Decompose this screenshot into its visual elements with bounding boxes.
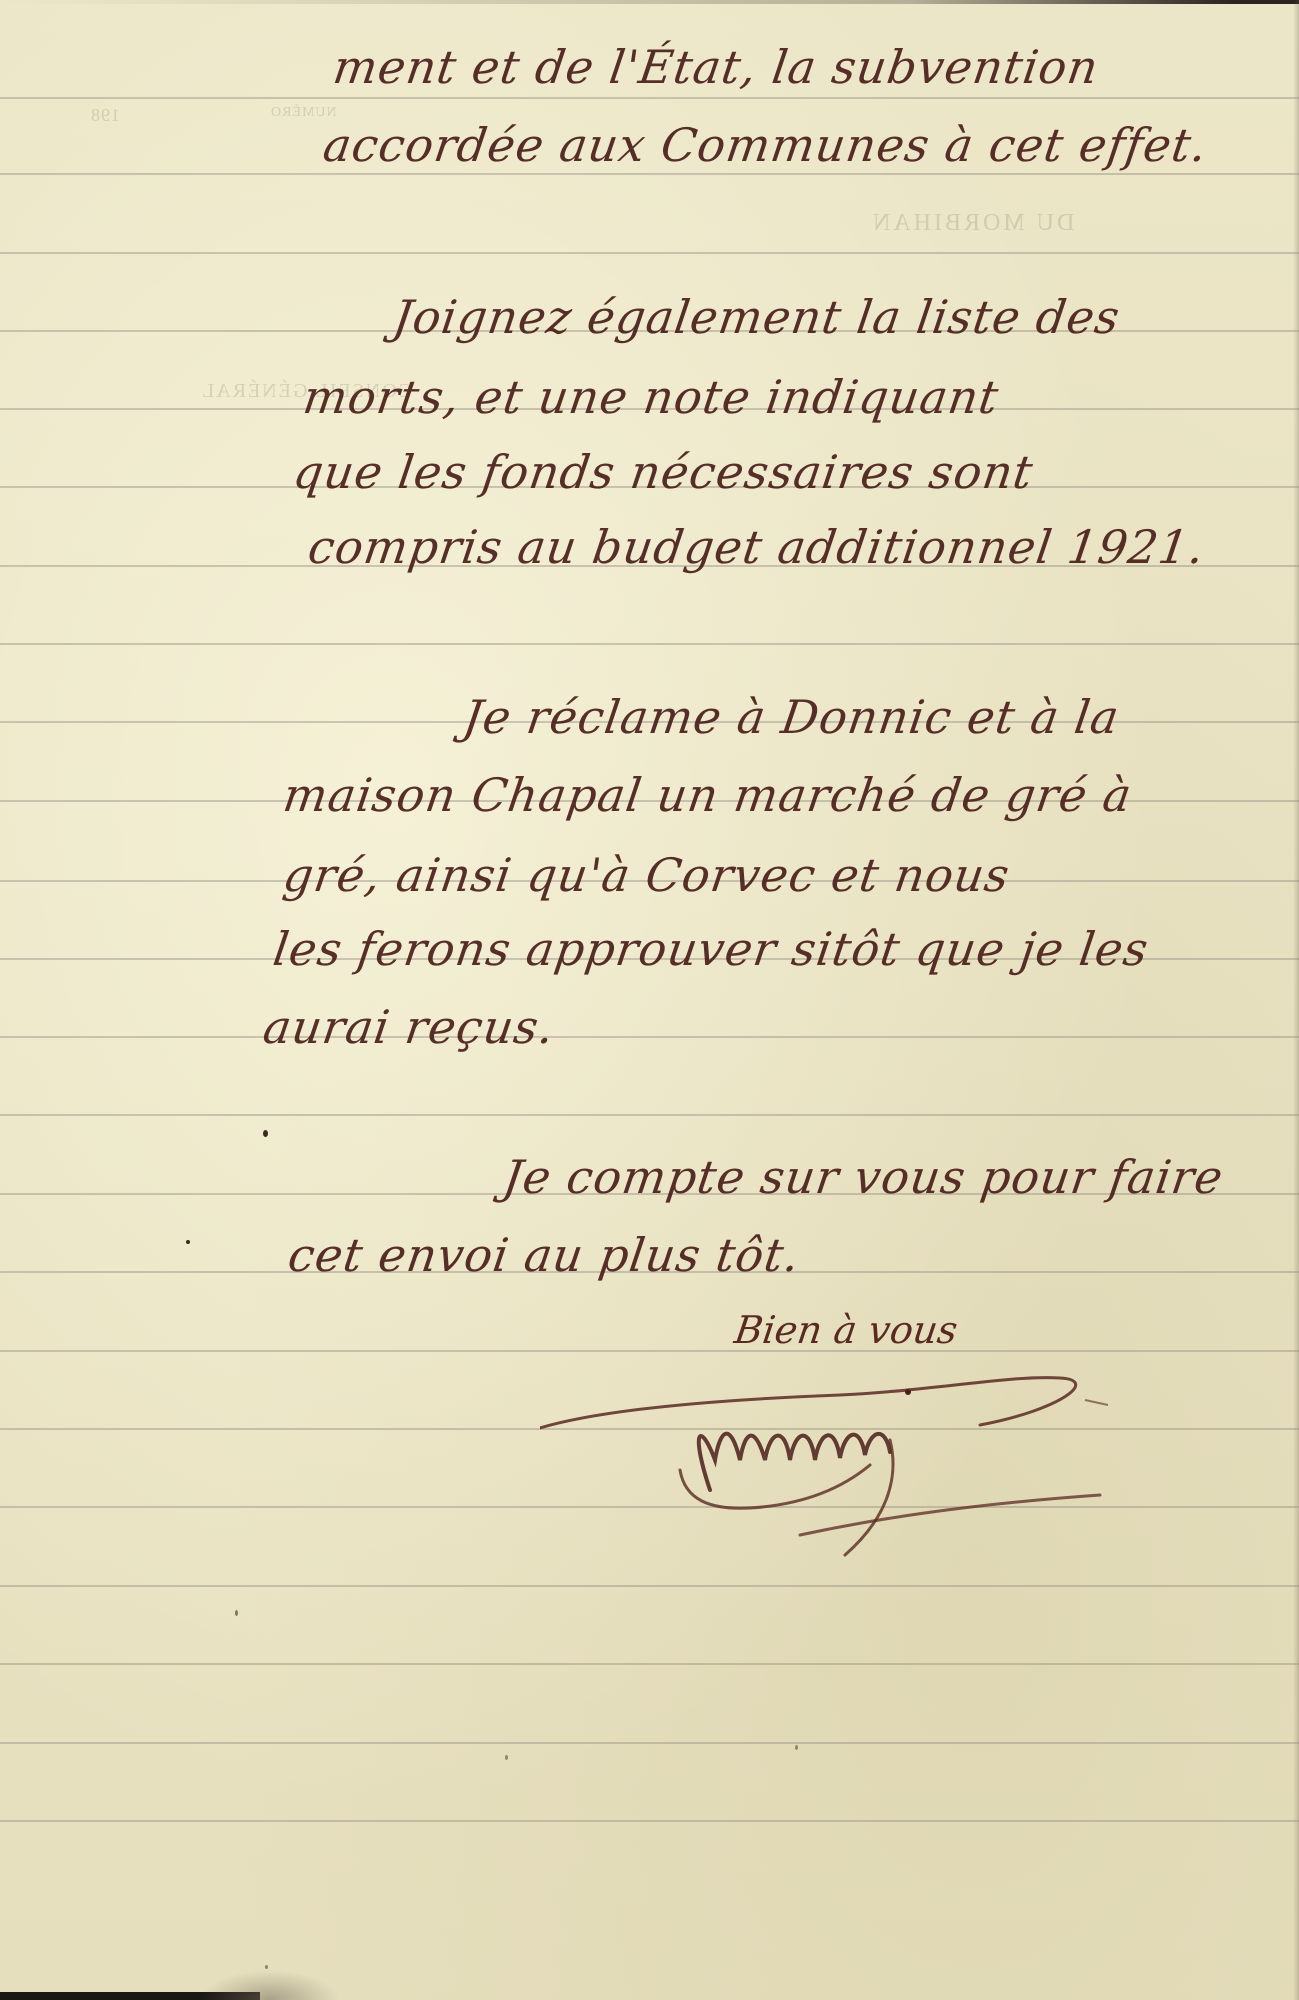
ink-spot bbox=[265, 1965, 268, 1969]
ink-spot bbox=[235, 1610, 238, 1616]
ink-spot bbox=[263, 1130, 268, 1137]
letter-line: maison Chapal un marché de gré à bbox=[280, 768, 1135, 822]
letter-line: cet envoi au plus tôt. bbox=[285, 1228, 804, 1282]
ink-spot bbox=[795, 1745, 798, 1750]
letter-line: gré, ainsi qu'à Corvec et nous bbox=[280, 848, 1013, 902]
letter-line: Je compte sur vous pour faire bbox=[500, 1150, 1227, 1204]
letter-line: aurai reçus. bbox=[260, 1000, 558, 1054]
signature-icon bbox=[540, 1370, 1220, 1560]
letter-line: les ferons approuver sitôt que je les bbox=[270, 922, 1152, 976]
closing-salutation: Bien à vous bbox=[732, 1308, 960, 1352]
ink-spot bbox=[186, 1240, 190, 1244]
letter-line: compris au budget additionnel 1921. bbox=[305, 520, 1208, 574]
letter-page: 198 NUMÉRO DU MORBIHAN CONSEIL GÉNÉRAL m… bbox=[0, 0, 1299, 2000]
ink-spot bbox=[505, 1755, 508, 1760]
letter-line: accordée aux Communes à cet effet. bbox=[320, 118, 1211, 172]
letter-line: Joignez également la liste des bbox=[390, 290, 1124, 344]
letter-line: Je réclame à Donnic et à la bbox=[460, 690, 1123, 744]
letter-line: morts, et une note indiquant bbox=[300, 370, 1002, 424]
letter-body: ment et de l'État, la subvention accordé… bbox=[0, 0, 1299, 2000]
letter-line: ment et de l'État, la subvention bbox=[330, 40, 1102, 94]
letter-line: que les fonds nécessaires sont bbox=[290, 445, 1037, 499]
